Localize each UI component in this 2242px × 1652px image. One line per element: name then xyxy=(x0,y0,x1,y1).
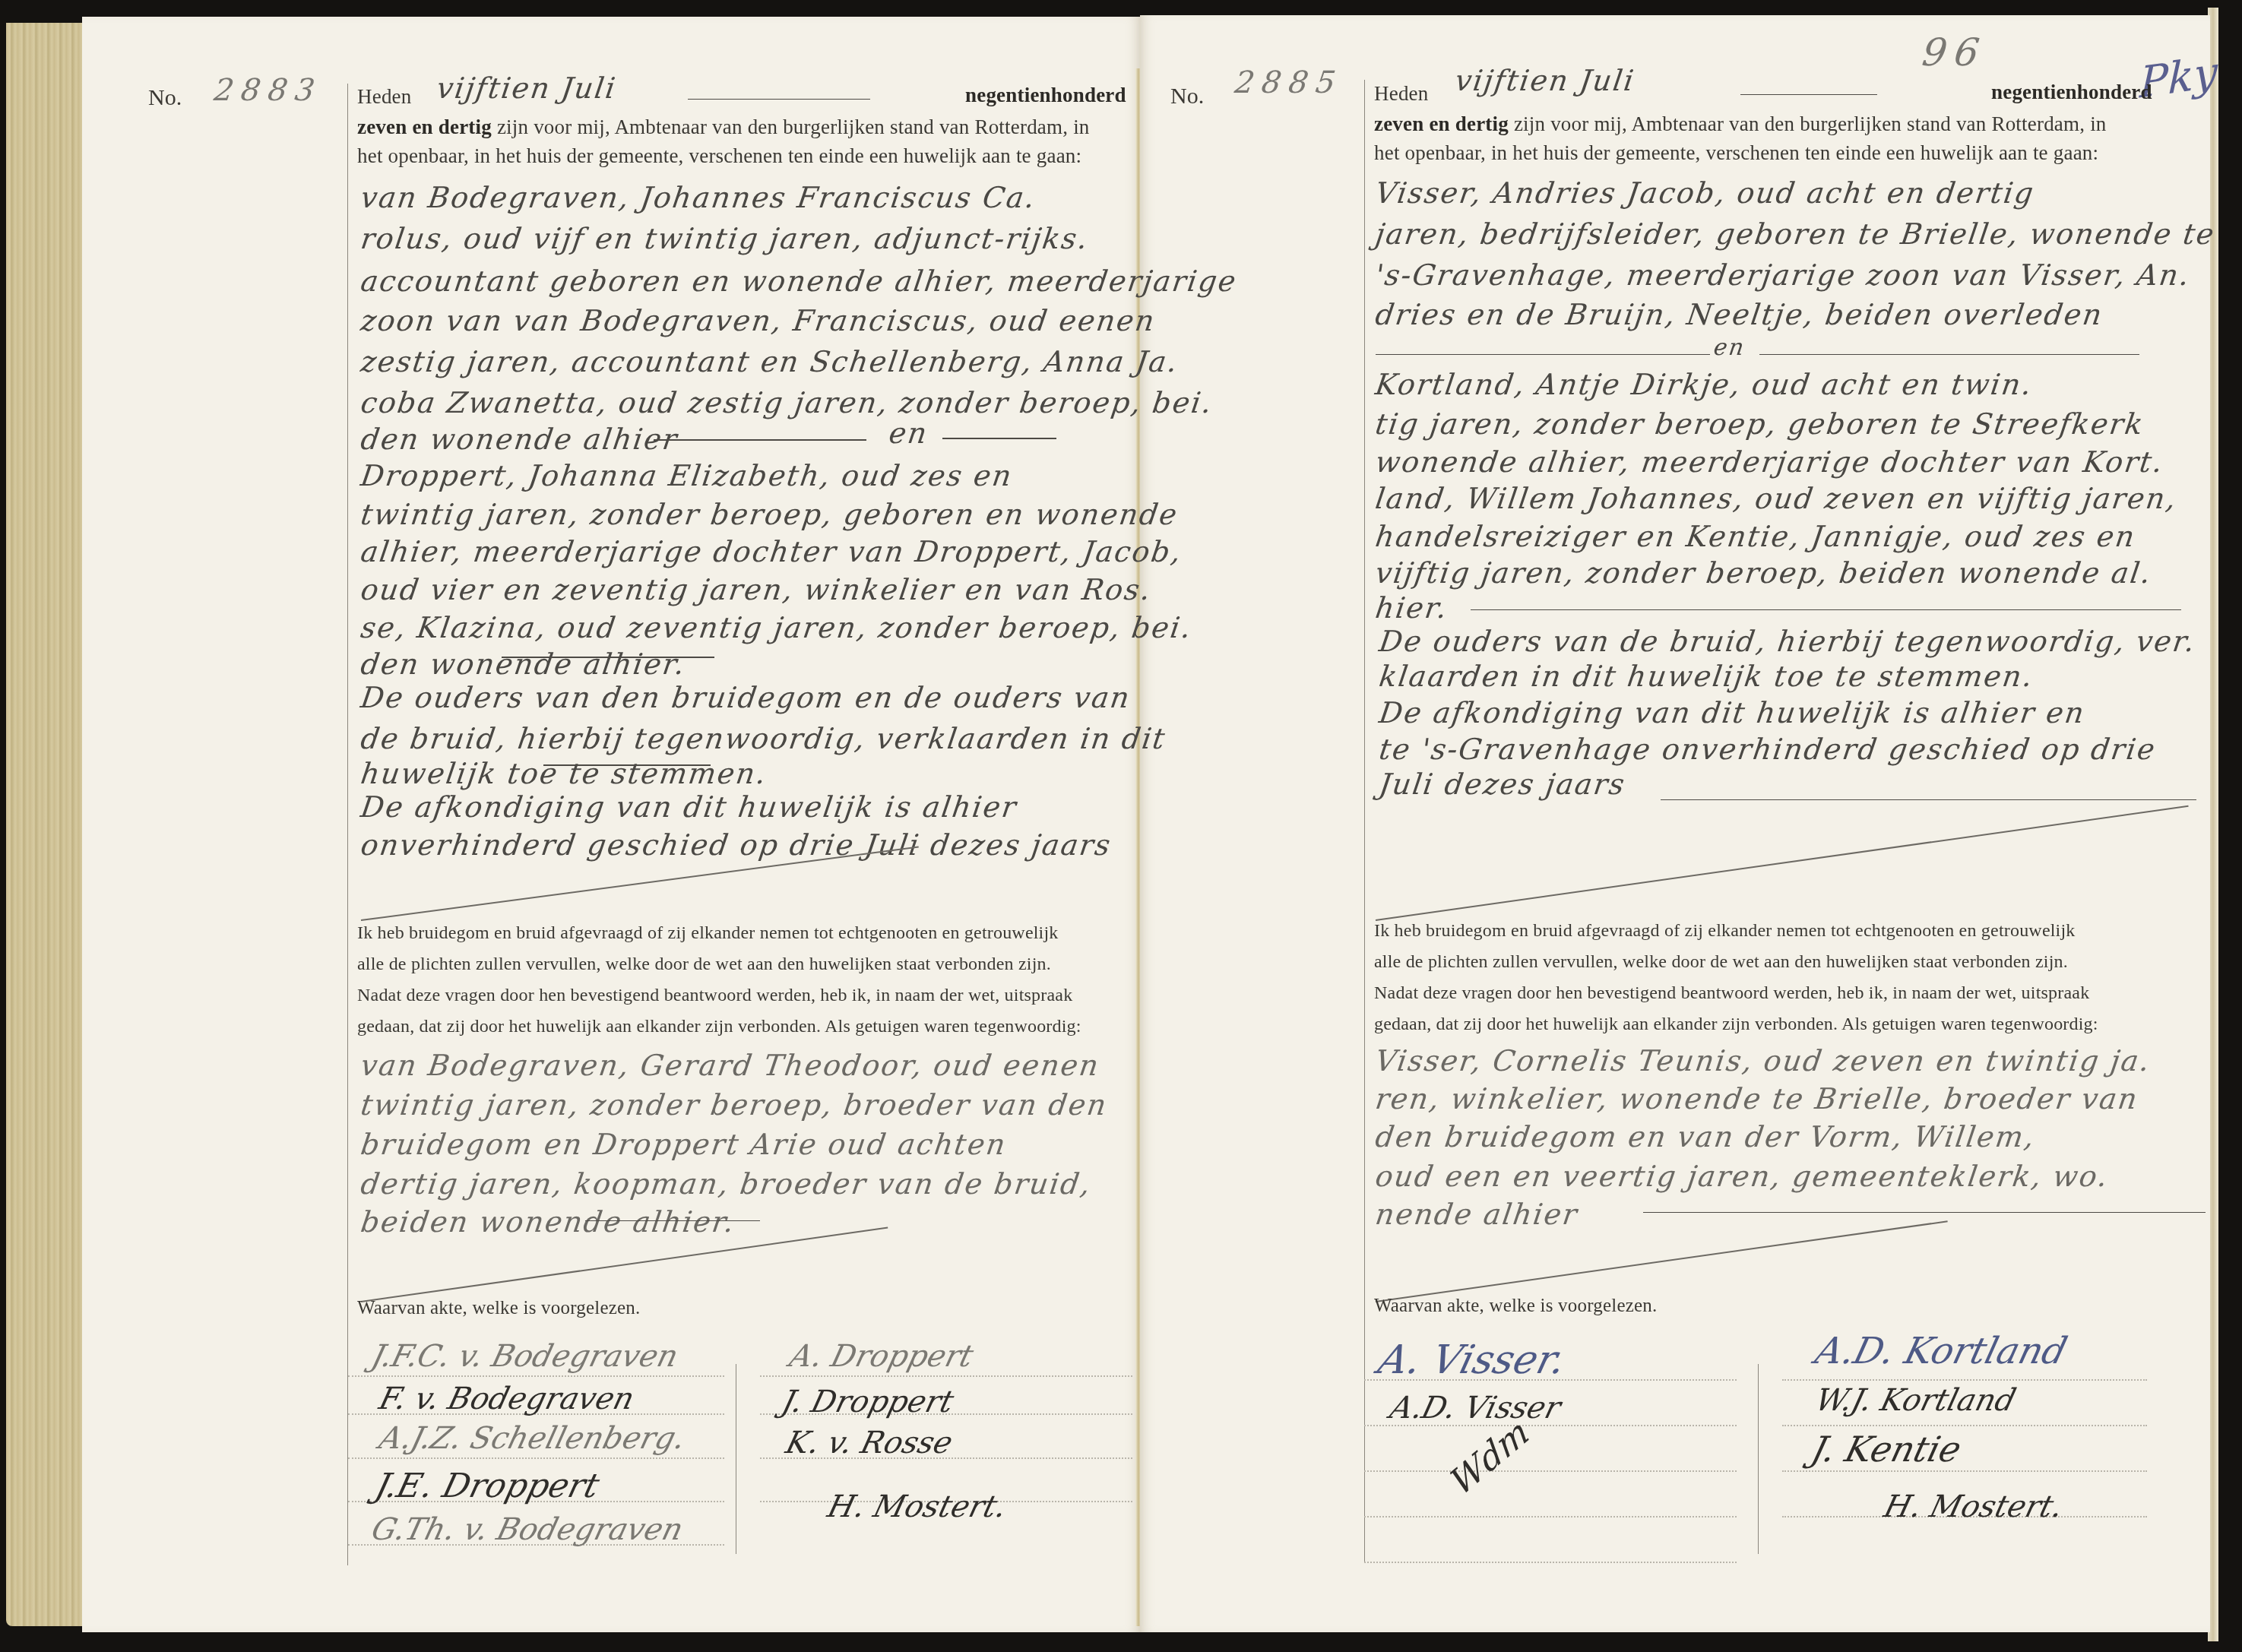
left-margin-rule xyxy=(347,84,348,1565)
witness-line: van Bodegraven, Gerard Theodoor, oud een… xyxy=(359,1049,1102,1082)
witness-line: bruidegom en Droppert Arie oud achten xyxy=(359,1128,1009,1161)
left-heden-label: Heden xyxy=(357,85,411,109)
hand-line: De afkondiging van dit huwelijk is alhie… xyxy=(1377,696,2088,729)
hand-line: De ouders van de bruid, hierbij tegenwoo… xyxy=(1377,625,2198,658)
signature: F. v. Bodegraven xyxy=(375,1381,638,1416)
hand-line: Visser, Andries Jacob, oud acht en derti… xyxy=(1373,176,2037,210)
hand-line: den wonende alhier. xyxy=(359,647,688,681)
fill-rule xyxy=(654,439,866,441)
hand-line: jaren, bedrijfsleider, geboren te Briell… xyxy=(1373,217,2218,251)
signature-line xyxy=(1782,1379,2147,1381)
hand-line: hier. xyxy=(1373,591,1450,625)
signature: A.D. Visser xyxy=(1386,1391,1564,1426)
hand-line: den wonende alhier xyxy=(359,422,680,456)
signature: A. Visser. xyxy=(1374,1337,1571,1383)
fill-rule xyxy=(942,438,1056,439)
signature: J.F.C. v. Bodegraven xyxy=(368,1339,682,1374)
hand-line: oud vier en zeventig jaren, winkelier en… xyxy=(359,573,1154,606)
printed-line: Ik heb bruidegom en bruid afgevraagd of … xyxy=(1374,921,2076,942)
witness-line: den bruidegom en van der Vorm, Willem, xyxy=(1373,1120,2038,1154)
left-record-number: 2883 xyxy=(212,73,325,108)
fill-rule xyxy=(502,657,714,658)
hand-line: vijftig jaren, zonder beroep, beiden won… xyxy=(1373,556,2154,590)
witness-line: Visser, Cornelis Teunis, oud zeven en tw… xyxy=(1373,1044,2153,1078)
hand-line: tig jaren, zonder beroep, geboren te Str… xyxy=(1373,407,2146,441)
page-stack-edges xyxy=(6,23,86,1626)
hand-line: van Bodegraven, Johannes Franciscus Ca. xyxy=(359,181,1038,214)
signature: A.J.Z. Schellenberg. xyxy=(375,1421,689,1456)
signature: J.E. Droppert xyxy=(372,1467,603,1505)
signature: H. Mostert. xyxy=(824,1489,1010,1524)
hand-line: wonende alhier, meerderjarige dochter va… xyxy=(1373,445,2166,479)
witness-line: twintig jaren, zonder beroep, broeder va… xyxy=(359,1088,1110,1122)
hand-line: handelsreiziger en Kentie, Jannigje, oud… xyxy=(1373,520,2138,553)
hand-line: Juli dezes jaars xyxy=(1377,767,1628,801)
hand-line: coba Zwanetta, oud zestig jaren, zonder … xyxy=(359,386,1215,419)
right-century-label: negentienhonderd xyxy=(1991,81,2152,104)
left-closing-label: Waarvan akte, welke is voorgelezen. xyxy=(357,1298,640,1319)
hand-line: land, Willem Johannes, oud zeven en vijf… xyxy=(1373,482,2179,515)
witness-line: ren, winkelier, wonende te Brielle, broe… xyxy=(1373,1082,2141,1116)
hand-line: 's-Gravenhage, meerderjarige zoon van Vi… xyxy=(1373,258,2193,292)
left-date-fill-rule xyxy=(688,99,870,100)
right-margin-rule xyxy=(1364,80,1365,1562)
right-date-hand: vijftien Juli xyxy=(1453,64,1637,97)
fill-rule xyxy=(1471,609,2181,610)
hand-line: accountant geboren en wonende alhier, me… xyxy=(359,264,1240,298)
witness-line: nende alhier xyxy=(1373,1198,1581,1231)
hand-line: huwelijk toe te stemmen. xyxy=(359,757,769,790)
right-record-no-label: No. xyxy=(1170,84,1204,109)
separator-en: en xyxy=(887,416,930,450)
left-century-label: negentienhonderd xyxy=(965,84,1126,107)
left-header-line1: zeven en dertig zijn voor mij, Ambtenaar… xyxy=(357,116,1090,139)
fill-rule xyxy=(1661,799,2196,800)
fill-rule xyxy=(1376,354,1710,355)
left-header-line2: het openbaar, in het huis der gemeente, … xyxy=(357,144,1081,168)
left-record-no-label: No. xyxy=(148,85,182,111)
hand-line: zestig jaren, accountant en Schellenberg… xyxy=(359,345,1181,378)
signature-line xyxy=(1782,1425,2147,1426)
hand-line: Droppert, Johanna Elizabeth, oud zes en xyxy=(359,459,1015,492)
signature-line xyxy=(348,1375,724,1377)
hand-line: De ouders van den bruidegom en de ouders… xyxy=(359,681,1133,714)
folio-number: 96 xyxy=(1920,30,1990,74)
witness-line: oud een en veertig jaren, gemeenteklerk,… xyxy=(1373,1160,2111,1193)
hand-line: zoon van van Bodegraven, Franciscus, oud… xyxy=(359,304,1157,337)
printed-line: Ik heb bruidegom en bruid afgevraagd of … xyxy=(357,923,1059,944)
signature: G.Th. v. Bodegraven xyxy=(368,1512,686,1547)
right-header-line2: het openbaar, in het huis der gemeente, … xyxy=(1374,141,2098,165)
left-date-hand: vijftien Juli xyxy=(435,71,619,105)
separator-en: en xyxy=(1712,334,1747,361)
signature-column-divider xyxy=(1758,1364,1759,1554)
printed-line: gedaan, dat zij door het huwelijk aan el… xyxy=(357,1017,1081,1037)
printed-line: Nadat deze vragen door hen bevestigend b… xyxy=(357,986,1072,1006)
hand-line: se, Klazina, oud zeventig jaren, zonder … xyxy=(359,611,1195,644)
printed-line: alle de plichten zullen vervullen, welke… xyxy=(1374,952,2068,973)
right-closing-label: Waarvan akte, welke is voorgelezen. xyxy=(1374,1296,1657,1317)
signature: A. Droppert xyxy=(786,1339,977,1374)
printed-line: Nadat deze vragen door hen bevestigend b… xyxy=(1374,983,2089,1004)
hand-line: alhier, meerderjarige dochter van Droppe… xyxy=(359,535,1184,568)
fill-rule xyxy=(543,764,711,766)
hand-line: onverhinderd geschied op drie Juli dezes… xyxy=(359,828,1114,862)
signature: W.J. Kortland xyxy=(1812,1383,2019,1418)
hand-line: dries en de Bruijn, Neeltje, beiden over… xyxy=(1373,298,2105,331)
hand-line: de bruid, hierbij tegenwoordig, verklaar… xyxy=(359,722,1168,755)
signature: J. Droppert xyxy=(778,1385,957,1419)
signature-column-divider xyxy=(736,1364,736,1554)
signature-line xyxy=(1364,1470,1737,1472)
signature-line xyxy=(1782,1470,2147,1472)
hand-line: twintig jaren, zonder beroep, geboren en… xyxy=(359,498,1180,531)
hand-line: De afkondiging van dit huwelijk is alhie… xyxy=(359,790,1020,824)
right-record-number: 2885 xyxy=(1233,65,1345,100)
witness-line: dertig jaren, koopman, broeder van de br… xyxy=(359,1167,1094,1201)
fill-rule xyxy=(585,1220,760,1221)
signature: J. Kentie xyxy=(1807,1429,1965,1470)
right-heden-label: Heden xyxy=(1374,82,1428,106)
hand-line: klaarden in dit huwelijk toe te stemmen. xyxy=(1377,660,2036,693)
signature-line xyxy=(1364,1516,1737,1517)
hand-line: Kortland, Antje Dirkje, oud acht en twin… xyxy=(1373,368,2035,401)
hand-line: te 's-Gravenhage onverhinderd geschied o… xyxy=(1377,733,2158,766)
signature: K. v. Rosse xyxy=(782,1426,956,1461)
fill-rule xyxy=(1643,1212,2206,1213)
signature-line xyxy=(1364,1562,1737,1563)
printed-line: alle de plichten zullen vervullen, welke… xyxy=(357,954,1051,975)
signature-line xyxy=(760,1375,1132,1377)
signature-line xyxy=(348,1457,724,1459)
witness-line: beiden wonende alhier. xyxy=(359,1205,737,1239)
hand-line: rolus, oud vijf en twintig jaren, adjunc… xyxy=(359,222,1091,255)
printed-line: gedaan, dat zij door het huwelijk aan el… xyxy=(1374,1014,2098,1035)
right-header-line1: zeven en dertig zijn voor mij, Ambtenaar… xyxy=(1374,112,2107,136)
signature: H. Mostert. xyxy=(1880,1489,2066,1524)
fill-rule xyxy=(1759,354,2139,355)
signature: A.D. Kortland xyxy=(1811,1330,2071,1372)
right-date-fill-rule xyxy=(1740,94,1877,95)
